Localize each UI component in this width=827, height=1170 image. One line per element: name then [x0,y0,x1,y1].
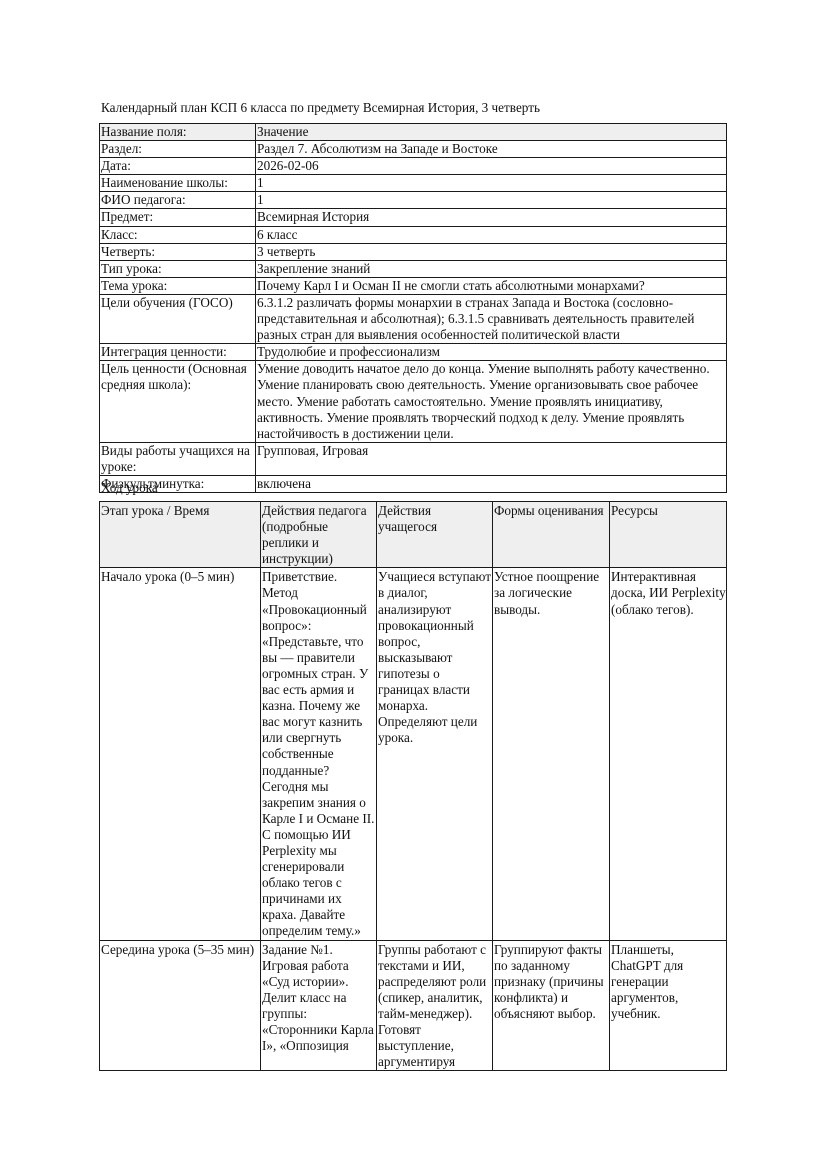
info-header-field: Название поля: [100,124,256,141]
info-field-label: Цели обучения (ГОСО) [100,294,256,343]
info-field-value: Умение доводить начатое дело до конца. У… [256,361,727,442]
info-field-label: Предмет: [100,209,256,226]
cell-assessment: Устное поощрение за логические выводы. [493,568,610,940]
info-field-label: Дата: [100,158,256,175]
header-resources: Ресурсы [610,502,727,568]
info-field-value: Групповая, Игровая [256,442,727,475]
info-field-label: Четверть: [100,243,256,260]
table-row: Раздел:Раздел 7. Абсолютизм на Западе и … [100,141,727,158]
info-header-value: Значение [256,124,727,141]
info-field-value: 6.3.1.2 различать формы монархии в стран… [256,294,727,343]
table-row: Четверть:3 четверть [100,243,727,260]
table-row: Физкультминутка:включена [100,475,727,492]
info-field-value: включена [256,475,727,492]
cell-assessment: Группируют факты по заданному признаку (… [493,940,610,1071]
info-field-label: Тип урока: [100,260,256,277]
cell-teacher-actions: Задание №1. Игровая работа «Суд истории»… [261,940,377,1071]
lesson-table-header-row: Этап урока / Время Действия педагога (по… [100,502,727,568]
info-table-header-row: Название поля: Значение [100,124,727,141]
info-field-label: Цель ценности (Основная средняя школа): [100,361,256,442]
info-field-label: Тема урока: [100,277,256,294]
cell-stage: Начало урока (0–5 мин) [100,568,261,940]
info-field-value: Трудолюбие и профессионализм [256,344,727,361]
info-field-value: Раздел 7. Абсолютизм на Западе и Востоке [256,141,727,158]
table-row: Дата:2026-02-06 [100,158,727,175]
header-student-actions: Действия учащегося [377,502,493,568]
lesson-info-table: Название поля: Значение Раздел:Раздел 7.… [99,123,727,493]
info-field-value: Всемирная История [256,209,727,226]
table-row: Класс:6 класс [100,226,727,243]
table-row: Начало урока (0–5 мин) Приветствие. Мето… [100,568,727,940]
info-field-label: ФИО педагога: [100,192,256,209]
table-row: Цели обучения (ГОСО)6.3.1.2 различать фо… [100,294,727,343]
table-row: Предмет:Всемирная История [100,209,727,226]
info-field-value: 2026-02-06 [256,158,727,175]
table-row: Виды работы учащихся на уроке:Групповая,… [100,442,727,475]
header-stage: Этап урока / Время [100,502,261,568]
info-field-value: 1 [256,175,727,192]
cell-student-actions: Группы работают с текстами и ИИ, распред… [377,940,493,1071]
header-assessment: Формы оценивания [493,502,610,568]
table-row: Середина урока (5–35 мин) Задание №1. Иг… [100,940,727,1071]
lesson-flow-heading: Ход урока [101,480,158,496]
info-field-value: 3 четверть [256,243,727,260]
info-field-label: Класс: [100,226,256,243]
header-teacher-actions: Действия педагога (подробные реплики и и… [261,502,377,568]
table-row: ФИО педагога:1 [100,192,727,209]
lesson-flow-table: Этап урока / Время Действия педагога (по… [99,501,727,1071]
table-row: Тема урока:Почему Карл I и Осман II не с… [100,277,727,294]
info-field-label: Наименование школы: [100,175,256,192]
cell-stage: Середина урока (5–35 мин) [100,940,261,1071]
info-field-label: Виды работы учащихся на уроке: [100,442,256,475]
info-field-label: Раздел: [100,141,256,158]
table-row: Наименование школы:1 [100,175,727,192]
cell-resources: Интерактивная доска, ИИ Perplexity (обла… [610,568,727,940]
table-row: Тип урока:Закрепление знаний [100,260,727,277]
info-field-value: 6 класс [256,226,727,243]
document-title: Календарный план КСП 6 класса по предмет… [101,100,540,116]
cell-resources: Планшеты, ChatGPT для генерации аргумент… [610,940,727,1071]
cell-student-actions: Учащиеся вступают в диалог, анализируют … [377,568,493,940]
cell-teacher-actions: Приветствие. Метод «Провокационный вопро… [261,568,377,940]
info-field-value: Закрепление знаний [256,260,727,277]
table-row: Цель ценности (Основная средняя школа):У… [100,361,727,442]
info-field-value: 1 [256,192,727,209]
table-row: Интеграция ценности:Трудолюбие и професс… [100,344,727,361]
info-field-label: Интеграция ценности: [100,344,256,361]
info-field-value: Почему Карл I и Осман II не смогли стать… [256,277,727,294]
